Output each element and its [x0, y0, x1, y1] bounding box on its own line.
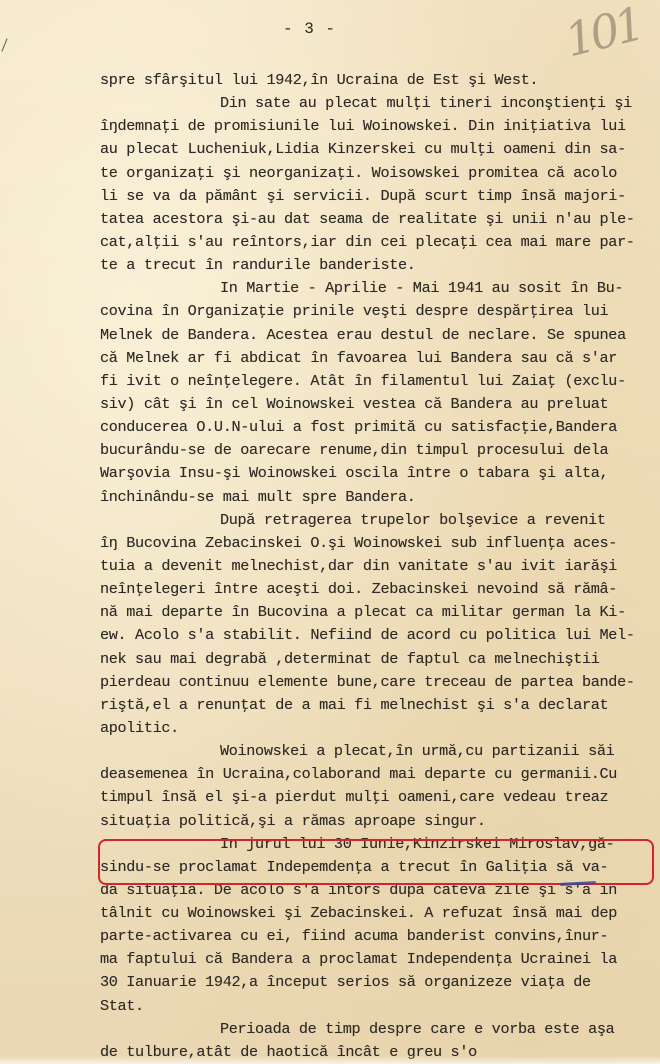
- text-line: neînţelegeri între aceşti doi. Zebacinsk…: [100, 578, 660, 601]
- text-line: Melnek de Bandera. Acestea erau destul d…: [100, 324, 660, 347]
- text-line: covina în Organizaţie prinile veşti desp…: [100, 300, 660, 323]
- text-line: spre sfârşitul lui 1942,în Ucraina de Es…: [100, 69, 660, 92]
- text-line: conducerea O.U.N-ului a fost primită cu …: [100, 416, 660, 439]
- text-line: apolitic.: [100, 717, 660, 740]
- text-line: închinându-se mai mult spre Bandera.: [100, 486, 660, 509]
- text-line: tuia a devenit melnechist,dar din vanita…: [100, 555, 660, 578]
- text-line: Din sate au plecat mulţi tineri inconşti…: [100, 92, 660, 115]
- text-line: Warşovia Insu-şi Woinowskei oscila între…: [100, 462, 660, 485]
- text-line: 30 Ianuarie 1942,a început serios să org…: [100, 971, 660, 994]
- text-line: te a trecut în randurile banderiste.: [100, 254, 660, 277]
- highlight-annotation-box: [98, 839, 654, 885]
- text-line: te organizaţi şi neorganizaţi. Woisowske…: [100, 162, 660, 185]
- margin-mark: [1, 38, 7, 51]
- text-line: Perioada de timp despre care e vorba est…: [100, 1018, 660, 1041]
- typewritten-body: spre sfârşitul lui 1942,în Ucraina de Es…: [100, 69, 660, 1064]
- text-line: riştă,el a renunţat de a mai fi melnechi…: [100, 694, 660, 717]
- text-line: In Martie - Aprilie - Mai 1941 au sosit …: [100, 277, 660, 300]
- text-line: siv) cât şi în cel Woinowskei vestea că …: [100, 393, 660, 416]
- text-line: situaţia politică,şi a rămas aproape sin…: [100, 810, 660, 833]
- text-line: cat,alţii s'au reîntors,iar din cei plec…: [100, 231, 660, 254]
- text-line: că Melnek ar fi abdicat în favoarea lui …: [100, 347, 660, 370]
- text-line: ew. Acolo s'a stabilit. Nefiind de acord…: [100, 624, 660, 647]
- page-edge: [0, 1056, 660, 1064]
- text-line: bucurându-se de oarecare renume,din timp…: [100, 439, 660, 462]
- text-line: tatea acestora şi-au dat seama de realit…: [100, 208, 660, 231]
- text-line: au plecat Lucheniuk,Lidia Kinzerskei cu …: [100, 138, 660, 161]
- text-line: Woinowskei a plecat,în urmă,cu partizani…: [100, 740, 660, 763]
- text-line: timpul însă el şi-a pierdut mulţi oameni…: [100, 786, 660, 809]
- text-line: Stat.: [100, 995, 660, 1018]
- text-line: pierdeau continuu elemente bune,care tre…: [100, 671, 660, 694]
- text-line: nek sau mai degrabă ,determinat de faptu…: [100, 648, 660, 671]
- text-line: După retragerea trupelor bolşevice a rev…: [100, 509, 660, 532]
- text-line: ma faptului că Bandera a proclamat Indep…: [100, 948, 660, 971]
- text-line: li se va da pământ şi servicii. După scu…: [100, 185, 660, 208]
- text-line: îŋdemnaţi de promisiunile lui Woinowskei…: [100, 115, 660, 138]
- text-line: fi ivit o neînţelegere. Atât în filament…: [100, 370, 660, 393]
- text-line: îŋ Bucovina Zebacinskei O.şi Woinowskei …: [100, 532, 660, 555]
- handwritten-folio-number: 101: [560, 0, 647, 67]
- page-number: - 3 -: [283, 20, 336, 38]
- text-line: nă mai departe în Bucovina a plecat ca m…: [100, 601, 660, 624]
- text-line: tâlnit cu Woinowskei şi Zebacinskei. A r…: [100, 902, 660, 925]
- text-line: deasemenea în Ucraina,colaborand mai dep…: [100, 763, 660, 786]
- text-line: parte-activarea cu ei, fiind acuma bande…: [100, 925, 660, 948]
